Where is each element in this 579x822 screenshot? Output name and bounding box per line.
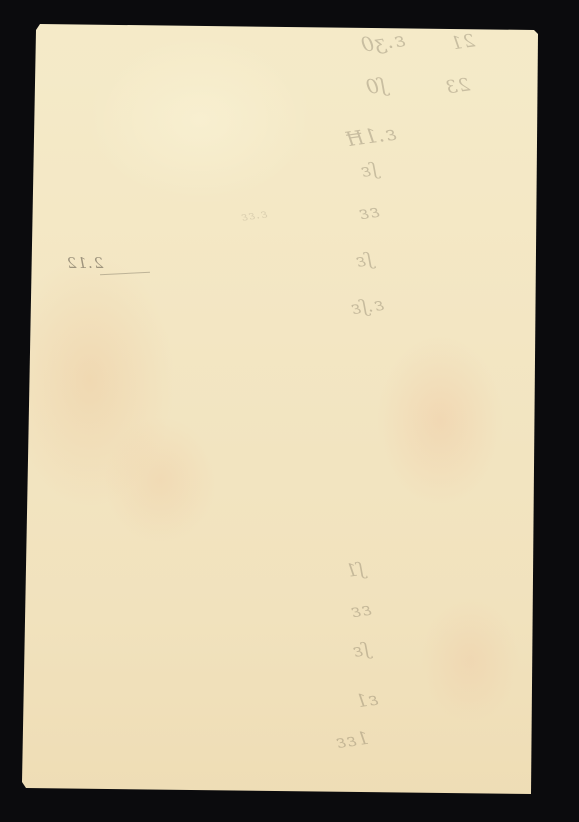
show-through-mark: ɛ1 [354,688,380,712]
paper-sheet [0,0,579,822]
show-through-mark: ʃɛ [351,639,370,662]
show-through-mark: ʃɛ [359,159,378,182]
show-through-mark: ɛɛ [349,599,373,623]
margin-note: 2.12 [66,254,103,272]
show-through-mark: ʃ1 [344,559,365,582]
show-through-mark: ɛɛ [357,201,381,225]
show-through-mark: ʃ0 [363,73,386,100]
show-through-mark: ʃɛ [354,249,373,272]
show-through-mark: 23 [444,74,472,98]
show-through-mark: 21 [449,30,477,54]
